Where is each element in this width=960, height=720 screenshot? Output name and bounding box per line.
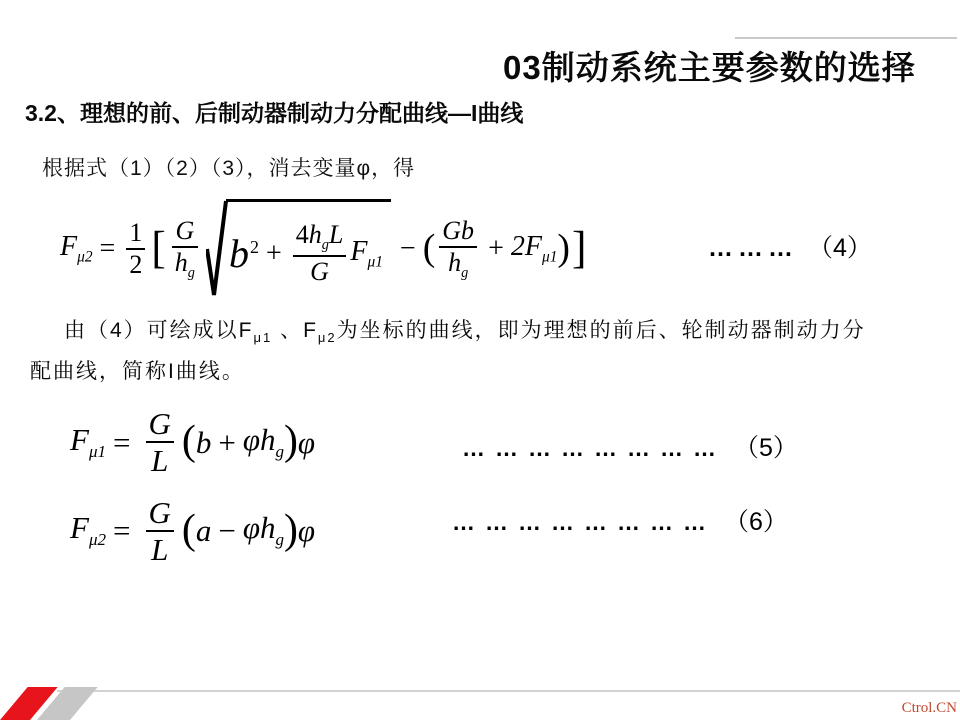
- equation-6: Fμ2 = G L ( a − φhg ) φ: [70, 488, 315, 573]
- eq4-right-paren: ): [557, 230, 570, 268]
- eq4-F-mu1: Fμ1: [350, 238, 383, 270]
- body-paragraph: 由（4）可绘成以Fμ1 、Fμ2为坐标的曲线，即为理想的前后、轮制动器制动力分 …: [30, 314, 940, 389]
- eq4-radicand: b2 + 4hgL G Fμ1: [226, 199, 391, 299]
- eq4-frac-half: 1 2: [126, 220, 145, 278]
- equation-4: Fμ2 = 1 2 [ G hg b2 + 4hgL G: [60, 198, 588, 300]
- eq5-left-paren: (: [182, 421, 196, 463]
- eq4-lhs: Fμ2: [60, 233, 93, 265]
- eq6-left-paren: (: [182, 510, 196, 552]
- eq5-lhs: Fμ1: [70, 424, 106, 460]
- eq6-right-paren: ): [284, 510, 298, 552]
- dotted-leader: ………: [708, 234, 798, 263]
- eq5-plus: +: [218, 427, 235, 458]
- dotted-leader: ……………………: [452, 509, 716, 536]
- eq5-equals: =: [113, 427, 130, 458]
- eq5-phi: φ: [298, 427, 315, 458]
- eq6-minus: −: [218, 515, 235, 546]
- eq4-right-bracket: ]: [572, 226, 586, 272]
- eq4-equals: =: [100, 235, 116, 263]
- eq4-plus-2: +: [488, 235, 504, 263]
- title-rule: [735, 37, 957, 39]
- eq5-var-b: b: [196, 427, 212, 458]
- footer-rule: [57, 690, 960, 692]
- eq4-square-root: b2 + 4hgL G Fμ1: [206, 199, 391, 299]
- para-line-2: 配曲线，简称I曲线。: [30, 360, 245, 383]
- slide: 03制动系统主要参数的选择 3.2、理想的前、后制动器制动力分配曲线—I曲线 根…: [0, 0, 960, 720]
- equation-4-label: ……… （4）: [708, 228, 872, 264]
- dotted-leader: ……………………: [462, 435, 726, 462]
- eq4-minus: −: [400, 235, 416, 263]
- sqrt-radical-icon: [206, 199, 228, 299]
- eq4-frac-coef: G hg: [172, 218, 198, 280]
- eq4-2F-mu1: 2Fμ1: [511, 233, 558, 265]
- eq6-frac-GL: G L: [146, 497, 174, 565]
- eq6-phi: φ: [298, 515, 315, 546]
- equation-number: （5）: [734, 428, 798, 464]
- equation-5-label: …………………… （5）: [462, 428, 798, 464]
- eq4-b-squared: b2: [229, 234, 259, 274]
- eq5-frac-GL: G L: [146, 408, 174, 476]
- watermark: Ctrol.CN: [902, 700, 957, 717]
- eq5-right-paren: ): [284, 421, 298, 463]
- eq6-var-a: a: [196, 515, 212, 546]
- equation-5: Fμ1 = G L ( b + φhg ) φ: [70, 398, 315, 486]
- eq4-left-bracket: [: [151, 226, 165, 272]
- eq4-frac-paren: Gb hg: [439, 218, 477, 280]
- eq6-phi-hg: φhg: [243, 512, 284, 548]
- equation-number: （4）: [808, 228, 872, 264]
- intro-text: 根据式（1）（2）（3），消去变量φ，得: [42, 152, 415, 182]
- eq6-equals: =: [113, 515, 130, 546]
- eq5-phi-hg: φhg: [243, 424, 284, 460]
- eq4-left-paren: (: [423, 230, 436, 268]
- eq4-plus-1: +: [266, 240, 282, 268]
- section-heading: 3.2、理想的前、后制动器制动力分配曲线—I曲线: [25, 95, 523, 128]
- equation-number: （6）: [724, 502, 788, 538]
- para-line-1: 由（4）可绘成以Fμ1 、Fμ2为坐标的曲线，即为理想的前后、轮制动器制动力分: [30, 319, 866, 342]
- eq4-frac-inner: 4hgL G: [293, 222, 347, 284]
- page-title: 03制动系统主要参数的选择: [503, 42, 916, 89]
- eq6-lhs: Fμ2: [70, 512, 106, 548]
- equation-6-label: …………………… （6）: [452, 502, 788, 538]
